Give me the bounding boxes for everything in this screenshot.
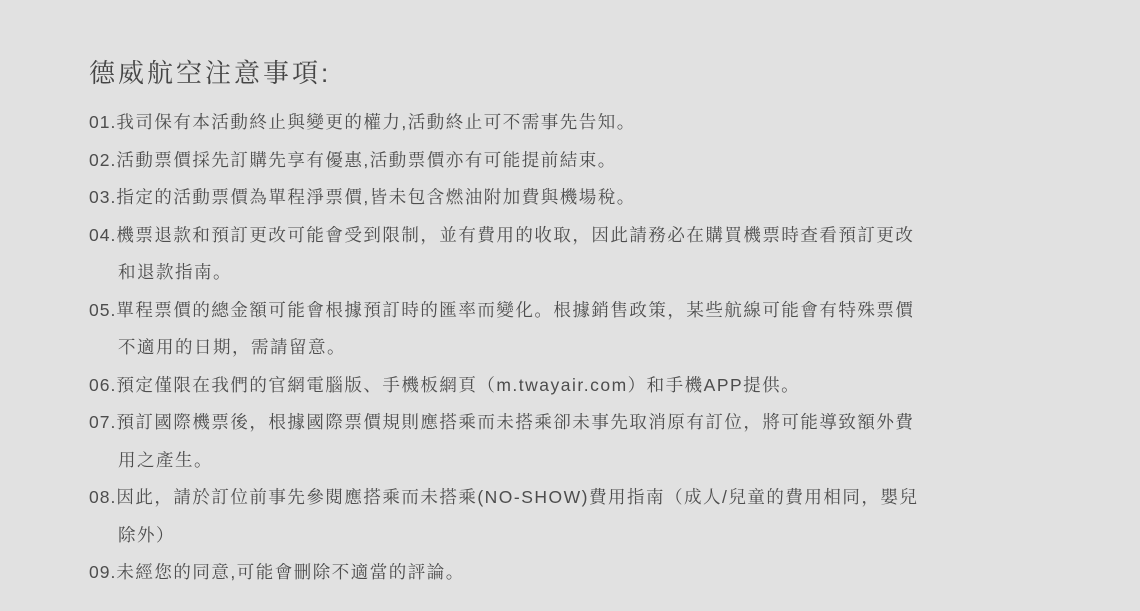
notice-number: 08. <box>89 487 116 507</box>
notice-text: 預定僅限在我們的官網電腦版、手機板網頁（m.twayair.com）和手機APP… <box>116 375 800 395</box>
notice-line: 07.預訂國際機票後，根據國際票價規則應搭乘而未搭乘卻未事先取消原有訂位，將可能… <box>89 404 1100 442</box>
list-item: 06.預定僅限在我們的官網電腦版、手機板網頁（m.twayair.com）和手機… <box>89 367 1100 405</box>
notice-number: 05. <box>89 300 116 320</box>
notice-line: 06.預定僅限在我們的官網電腦版、手機板網頁（m.twayair.com）和手機… <box>89 367 1100 405</box>
notice-number: 04. <box>89 225 116 245</box>
notice-number: 02. <box>89 150 116 170</box>
notice-text: 活動票價採先訂購先享有優惠,活動票價亦有可能提前結束。 <box>116 150 616 170</box>
notice-text: 我司保有本活動終止與變更的權力,活動終止可不需事先告知。 <box>116 112 635 132</box>
notice-list: 01.我司保有本活動終止與變更的權力,活動終止可不需事先告知。 02.活動票價採… <box>89 104 1100 592</box>
notice-number: 01. <box>89 112 116 132</box>
notice-line: 03.指定的活動票價為單程淨票價,皆未包含燃油附加費與機場稅。 <box>89 179 1100 217</box>
page-title: 德威航空注意事項: <box>89 56 1100 90</box>
notice-line-continuation: 除外） <box>89 517 1100 555</box>
notice-number: 03. <box>89 187 116 207</box>
notice-line: 08.因此，請於訂位前事先參閱應搭乘而未搭乘(NO-SHOW)費用指南（成人/兒… <box>89 479 1100 517</box>
notice-line: 04.機票退款和預訂更改可能會受到限制，並有費用的收取，因此請務必在購買機票時查… <box>89 217 1100 255</box>
notice-text: 預訂國際機票後，根據國際票價規則應搭乘而未搭乘卻未事先取消原有訂位，將可能導致額… <box>116 412 914 432</box>
notice-line: 05.單程票價的總金額可能會根據預訂時的匯率而變化。根據銷售政策，某些航線可能會… <box>89 292 1100 330</box>
notice-line: 01.我司保有本活動終止與變更的權力,活動終止可不需事先告知。 <box>89 104 1100 142</box>
notice-number: 07. <box>89 412 116 432</box>
list-item: 07.預訂國際機票後，根據國際票價規則應搭乘而未搭乘卻未事先取消原有訂位，將可能… <box>89 404 1100 479</box>
notice-line-continuation: 和退款指南。 <box>89 254 1100 292</box>
notice-line-continuation: 不適用的日期，需請留意。 <box>89 329 1100 367</box>
list-item: 05.單程票價的總金額可能會根據預訂時的匯率而變化。根據銷售政策，某些航線可能會… <box>89 292 1100 367</box>
notice-number: 09. <box>89 562 116 582</box>
notice-text: 單程票價的總金額可能會根據預訂時的匯率而變化。根據銷售政策，某些航線可能會有特殊… <box>116 300 914 320</box>
list-item: 08.因此，請於訂位前事先參閱應搭乘而未搭乘(NO-SHOW)費用指南（成人/兒… <box>89 479 1100 554</box>
notice-line-continuation: 用之產生。 <box>89 442 1100 480</box>
notice-number: 06. <box>89 375 116 395</box>
notice-text: 因此，請於訂位前事先參閱應搭乘而未搭乘(NO-SHOW)費用指南（成人/兒童的費… <box>116 487 918 507</box>
list-item: 04.機票退款和預訂更改可能會受到限制，並有費用的收取，因此請務必在購買機票時查… <box>89 217 1100 292</box>
notice-section: 德威航空注意事項: 01.我司保有本活動終止與變更的權力,活動終止可不需事先告知… <box>0 0 1140 592</box>
notice-text: 機票退款和預訂更改可能會受到限制，並有費用的收取，因此請務必在購買機票時查看預訂… <box>116 225 914 245</box>
notice-text: 未經您的同意,可能會刪除不適當的評論。 <box>116 562 464 582</box>
list-item: 09.未經您的同意,可能會刪除不適當的評論。 <box>89 554 1100 592</box>
notice-text: 指定的活動票價為單程淨票價,皆未包含燃油附加費與機場稅。 <box>116 187 635 207</box>
list-item: 01.我司保有本活動終止與變更的權力,活動終止可不需事先告知。 <box>89 104 1100 142</box>
notice-line: 02.活動票價採先訂購先享有優惠,活動票價亦有可能提前結束。 <box>89 142 1100 180</box>
list-item: 03.指定的活動票價為單程淨票價,皆未包含燃油附加費與機場稅。 <box>89 179 1100 217</box>
list-item: 02.活動票價採先訂購先享有優惠,活動票價亦有可能提前結束。 <box>89 142 1100 180</box>
notice-line: 09.未經您的同意,可能會刪除不適當的評論。 <box>89 554 1100 592</box>
